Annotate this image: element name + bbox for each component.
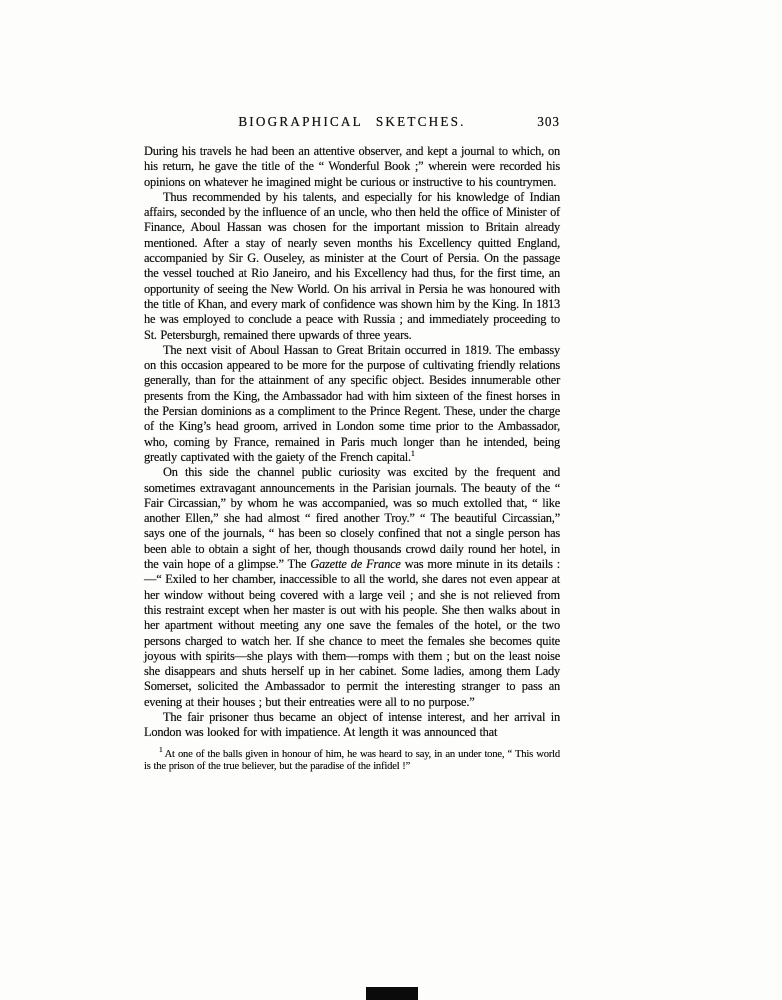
body-text: During his travels he had been an attent… — [144, 144, 560, 741]
paragraph-4-run-a: On this side the channel public curiosit… — [144, 465, 560, 571]
page-number: 303 — [537, 114, 560, 130]
paragraph-4-run-c: was more minute in its details :—“ Exile… — [144, 557, 560, 709]
footnote-reference: 1 — [411, 449, 415, 458]
footnote: 1At one of the balls given in honour of … — [144, 749, 560, 774]
book-page: BIOGRAPHICAL SKETCHES. 303 During his tr… — [0, 0, 782, 1000]
running-head: BIOGRAPHICAL SKETCHES. 303 — [144, 114, 560, 132]
paragraph-5: The fair prisoner thus became an object … — [144, 710, 560, 741]
paragraph-2: Thus recommended by his talents, and esp… — [144, 190, 560, 343]
scan-artifact — [366, 987, 418, 1000]
paragraph-3: The next visit of Aboul Hassan to Great … — [144, 343, 560, 465]
footnote-marker: 1 — [159, 745, 163, 754]
text-block: BIOGRAPHICAL SKETCHES. 303 During his tr… — [144, 114, 560, 784]
journal-title-italic: Gazette de France — [310, 557, 400, 571]
footnote-text: At one of the balls given in honour of h… — [144, 749, 560, 773]
running-head-title: BIOGRAPHICAL SKETCHES. — [238, 114, 465, 129]
paragraph-4: On this side the channel public curiosit… — [144, 465, 560, 710]
paragraph-1: During his travels he had been an attent… — [144, 144, 560, 190]
paragraph-3-text: The next visit of Aboul Hassan to Great … — [144, 343, 560, 464]
